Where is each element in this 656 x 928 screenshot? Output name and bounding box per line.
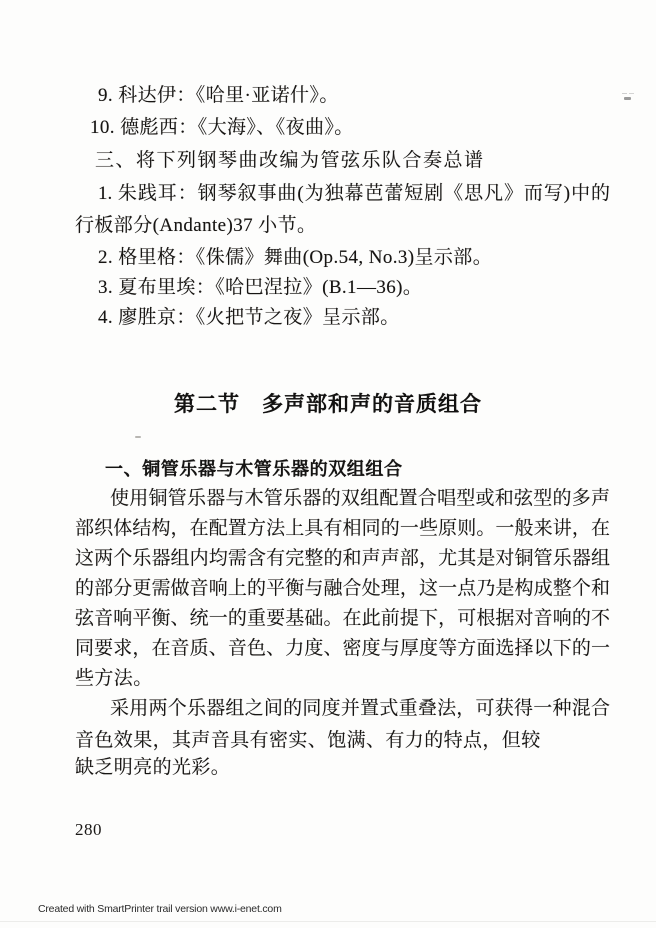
scan-artifact [197,768,200,771]
list-item-10: 10. 德彪西：《大海》、《夜曲》。 [90,116,354,139]
scan-artifact [624,97,631,100]
list-item-2: 2. 格里格：《侏儒》舞曲(Op.54, No.3)呈示部。 [98,246,492,269]
scan-edge-line [0,921,656,922]
body-line: 弦音响平衡、统一的重要基础。在此前提下，可根据对音响的不 [75,607,610,630]
list-item-3: 3. 夏布里埃：《哈巴涅拉》(B.1—36)。 [98,276,422,299]
section-title: 第二节 多声部和声的音质组合 [0,388,656,418]
subsection-title: 一、铜管乐器与木管乐器的双组组合 [105,455,403,481]
body-line: 同要求，在音质、音色、力度、密度与厚度等方面选择以下的一 [75,637,610,660]
body-line: 的部分更需做音响上的平衡与融合处理，这一点乃是构成整个和 [75,577,610,600]
list-item-1-line-1: 1. 朱践耳：钢琴叙事曲(为独幕芭蕾短剧《思凡》而写)中的 [98,182,610,205]
exercise-heading-3: 三、将下列钢琴曲改编为管弦乐队合奏总谱 [95,149,485,172]
list-item-1-line-2: 行板部分(Andante)37 小节。 [75,214,316,237]
body-line: 采用两个乐器组之间的同度并置式重叠法，可获得一种混合 [110,697,610,720]
body-line: 些方法。 [75,667,153,690]
body-line: 使用铜管乐器与木管乐器的双组配置合唱型或和弦型的多声 [110,487,610,510]
body-line: 这两个乐器组内均需含有完整的和声声部，尤其是对铜管乐器组 [75,547,610,570]
footer-watermark: Created with SmartPrinter trail version … [38,903,282,915]
body-line: 部织体结构，在配置方法上具有相同的一些原则。一般来讲，在 [75,517,610,540]
body-line: 缺乏明亮的光彩。 [75,756,230,779]
scanned-book-page: 9. 科达伊：《哈里·亚诺什》。 10. 德彪西：《大海》、《夜曲》。 三、将下… [0,0,656,928]
page-number: 280 [75,820,102,840]
scan-artifact [135,436,141,438]
list-item-9: 9. 科达伊：《哈里·亚诺什》。 [98,84,339,107]
body-line: 音色效果，其声音具有密实、饱满、有力的特点，但较 [75,729,541,752]
list-item-4: 4. 廖胜京：《火把节之夜》呈示部。 [98,306,400,329]
